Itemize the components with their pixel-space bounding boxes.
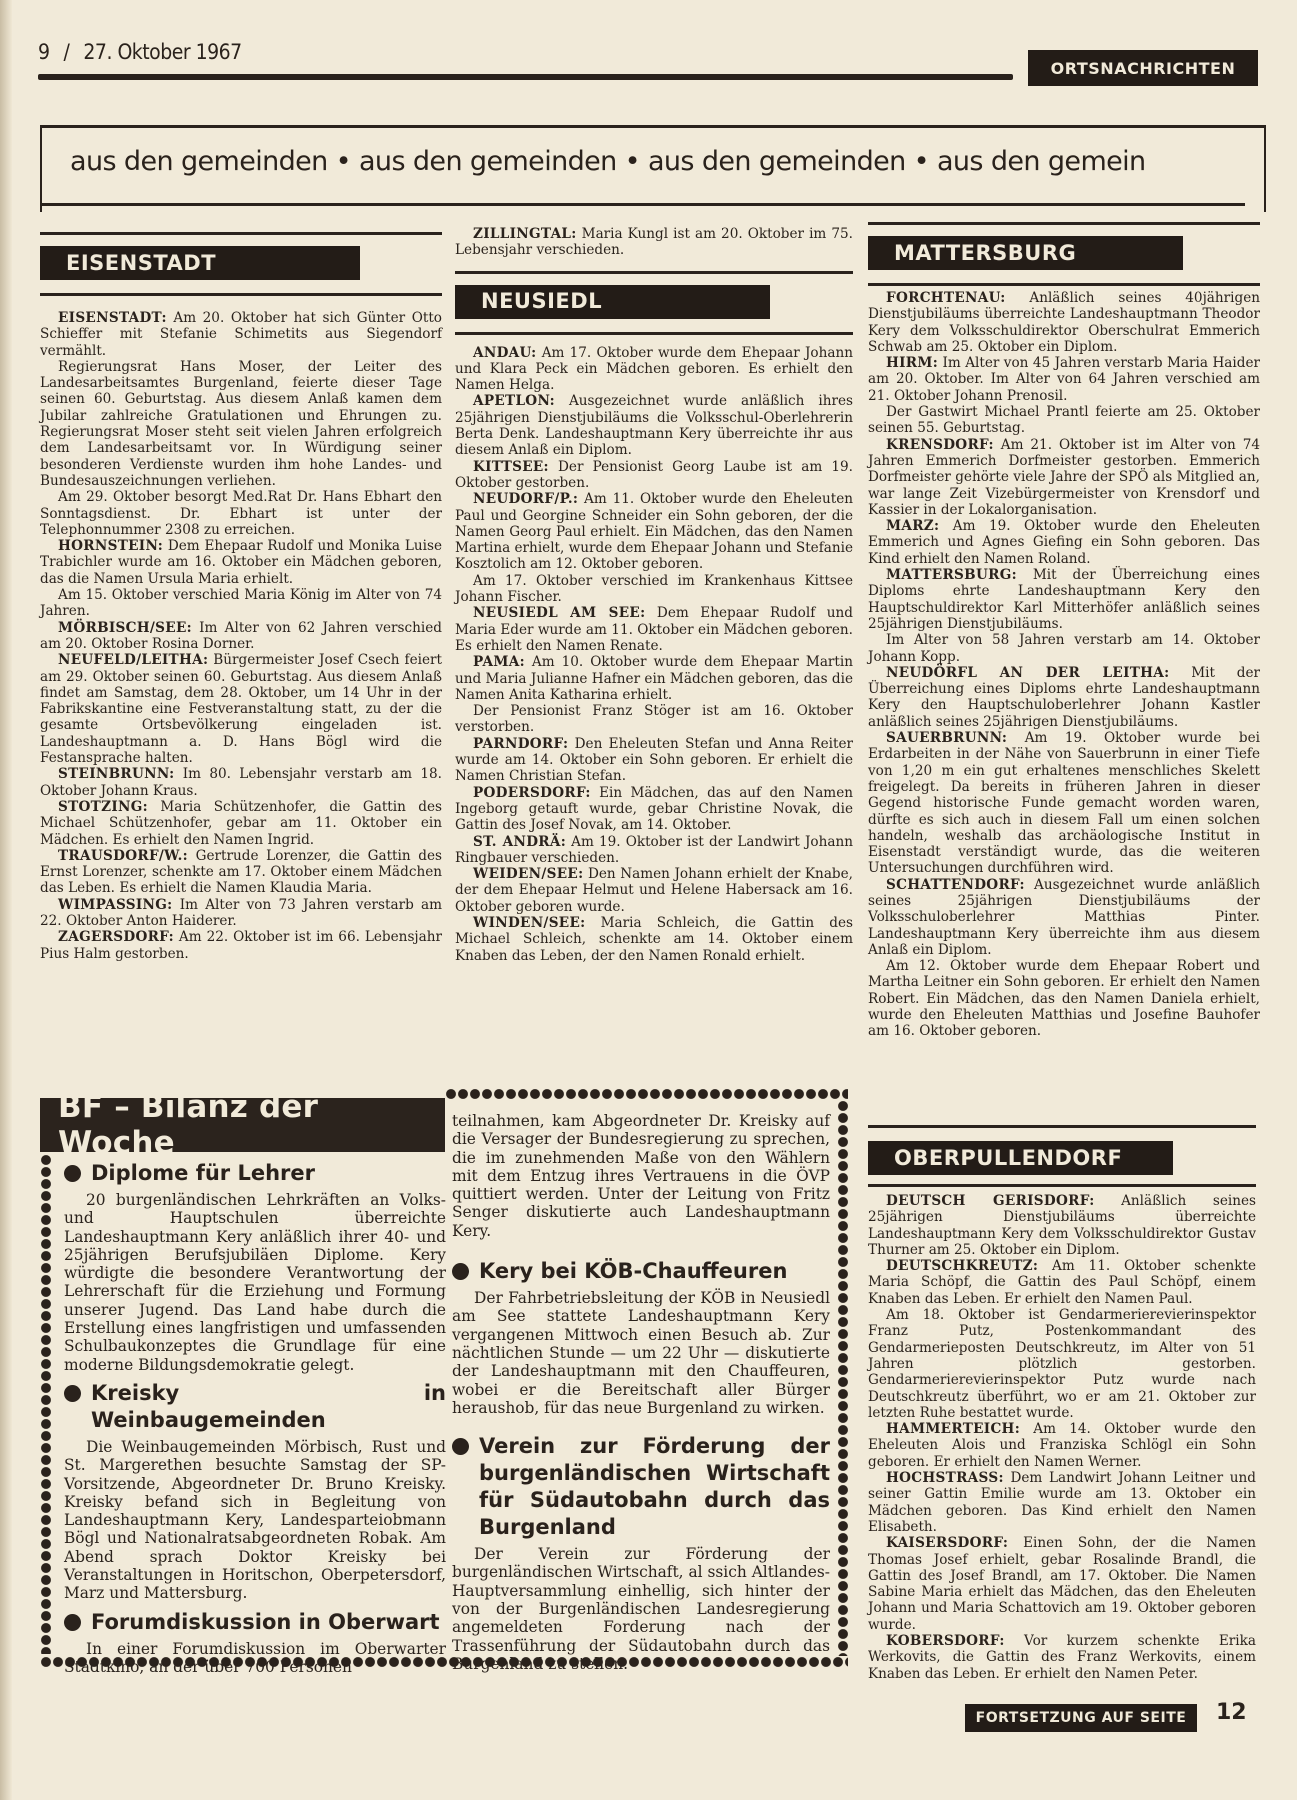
headline-text: Kery bei KÖB-Chauffeuren: [479, 1258, 787, 1285]
place-name: WIMPASSING:: [58, 897, 173, 913]
news-item: NEUDÖRFL AN DER LEITHA: Mit der Überreic…: [868, 665, 1260, 730]
bullet-icon: [64, 1614, 81, 1631]
place-name: NEUDORF/P.:: [473, 491, 578, 507]
news-item: Am 15. Oktober verschied Maria König im …: [40, 587, 442, 620]
news-item: PARNDORF: Den Eheleuten Stefan und Anna …: [455, 736, 853, 785]
place-name: MATTERSBURG:: [886, 567, 1017, 583]
column-neusiedl: ZILLINGTAL: Maria Kungl ist am 20. Oktob…: [455, 226, 853, 964]
article-body: In einer Forumdiskussion im Oberwarter S…: [64, 1640, 446, 1677]
place-name: APETLON:: [473, 393, 555, 409]
news-item: Am 29. Oktober besorgt Med.Rat Dr. Hans …: [40, 489, 442, 538]
news-item: ANDAU: Am 17. Oktober wurde dem Ehepaar …: [455, 345, 853, 394]
news-item: Am 17. Oktober verschied im Krankenhaus …: [455, 573, 853, 606]
banner-text: aus den gemeinden • aus den gemeinden • …: [70, 146, 1146, 177]
rule: [40, 293, 442, 296]
article-body: 20 burgenländischen Lehrkräften an Volks…: [64, 1191, 446, 1374]
news-item: SAUERBRUNN: Am 19. Oktober wurde bei Erd…: [868, 730, 1260, 877]
article-headline: Kreisky in Weinbaugemeinden: [64, 1380, 446, 1434]
bullet-icon: [452, 1263, 469, 1280]
place-name: SCHATTENDORF:: [886, 877, 1025, 893]
news-item: PODERSDORF: Ein Mädchen, das auf den Nam…: [455, 785, 853, 834]
dotted-border-left: [40, 1154, 52, 1654]
rule: [868, 222, 1260, 225]
gemeinden-banner: aus den gemeinden • aus den gemeinden • …: [40, 125, 1266, 212]
article-body: Der Fahrbetriebsleitung der KÖB in Neusi…: [452, 1289, 830, 1417]
news-item: APETLON: Ausgezeichnet wurde anläßlich i…: [455, 393, 853, 458]
news-item: ZAGERSDORF: Am 22. Oktober ist im 66. Le…: [40, 929, 442, 962]
news-item: Am 12. Oktober wurde dem Ehepaar Robert …: [868, 958, 1260, 1039]
news-item: MATTERSBURG: Mit der Überreichung eines …: [868, 567, 1260, 632]
place-name: KOBERSDORF:: [886, 1633, 1005, 1649]
news-item: HOCHSTRASS: Dem Landwirt Johann Leitner …: [868, 1470, 1256, 1535]
section-badge: ORTSNACHRICHTEN: [1028, 50, 1258, 86]
news-item: KAISERSDORF: Einen Sohn, der die Namen T…: [868, 1535, 1256, 1633]
news-item: NEUFELD/LEITHA: Bürgermeister Josef Csec…: [40, 652, 442, 766]
place-name: FORCHTENAU:: [886, 290, 1006, 306]
headline-text: Kreisky in Weinbaugemeinden: [91, 1380, 446, 1434]
rule: [868, 283, 1260, 286]
section-header-neusiedl: NEUSIEDL: [455, 271, 853, 335]
bullet-icon: [452, 1438, 469, 1455]
news-item: HORNSTEIN: Dem Ehepaar Rudolf und Monika…: [40, 538, 442, 587]
section-header-mattersburg: MATTERSBURG: [868, 222, 1260, 286]
news-item: Am 18. Oktober ist Gendarmerierevierinsp…: [868, 1307, 1256, 1421]
item-text: Am 19. Oktober wurde bei Erdarbeiten in …: [868, 730, 1260, 876]
rule: [868, 1184, 1256, 1187]
headline-text: Diplome für Lehrer: [91, 1160, 315, 1187]
banner-bottom-rule: [40, 203, 1245, 206]
headline-text: Forumdiskussion in Oberwart: [91, 1609, 440, 1636]
news-item-zillingtal: ZILLINGTAL: Maria Kungl ist am 20. Oktob…: [455, 226, 853, 259]
item-text: Bürgermeister Josef Csech feiert am 29. …: [40, 652, 442, 766]
news-item: DEUTSCH GERISDORF: Anläßlich seines 25jä…: [868, 1193, 1256, 1258]
item-text: Im Alter von 58 Jahren verstarb am 14. O…: [868, 632, 1260, 664]
bilanz-column-right: teilnahmen, kam Abgeordneter Dr. Kreisky…: [452, 1112, 830, 1673]
news-item: FORCHTENAU: Anläßlich seines 40jährigen …: [868, 290, 1260, 355]
news-item: MARZ: Am 19. Oktober wurde den Eheleuten…: [868, 518, 1260, 567]
page-spine-shadow: [0, 0, 12, 1800]
news-item: HIRM: Im Alter von 45 Jahren verstarb Ma…: [868, 355, 1260, 404]
dotted-border-right: [837, 1100, 849, 1656]
section-header-eisenstadt: EISENSTADT: [40, 232, 442, 296]
place-name: ANDAU:: [473, 345, 537, 361]
dotted-border-top: [445, 1088, 848, 1100]
news-item: Im Alter von 58 Jahren verstarb am 14. O…: [868, 632, 1260, 665]
place-name: WEIDEN/SEE:: [473, 866, 583, 882]
header-rule: [38, 74, 1013, 80]
article-headline: Verein zur Förderung der burgenländische…: [452, 1433, 830, 1541]
section-title: NEUSIEDL: [455, 285, 770, 319]
bilanz-title: BF – Bilanz der Woche: [40, 1098, 445, 1152]
place-name: DEUTSCH GERISDORF:: [886, 1193, 1095, 1209]
place-name: STOTZING:: [58, 799, 148, 815]
news-item: Regierungsrat Hans Moser, der Leiter des…: [40, 359, 442, 489]
news-item: KITTSEE: Der Pensionist Georg Laube ist …: [455, 459, 853, 492]
item-text: Regierungsrat Hans Moser, der Leiter des…: [40, 359, 442, 489]
headline-text: Verein zur Förderung der burgenländische…: [479, 1433, 830, 1541]
news-item: Der Pensionist Franz Stöger ist am 16. O…: [455, 703, 853, 736]
column-oberpullendorf: OBERPULLENDORF DEUTSCH GERISDORF: Anläßl…: [868, 1125, 1256, 1682]
place-name: HORNSTEIN:: [58, 538, 163, 554]
newspaper-page: 9/27. Oktober 1967 ORTSNACHRICHTEN aus d…: [0, 0, 1297, 1800]
item-text: Am 15. Oktober verschied Maria König im …: [40, 587, 442, 619]
page-number: 9: [38, 40, 50, 64]
article-body-continued: teilnahmen, kam Abgeordneter Dr. Kreisky…: [452, 1112, 830, 1240]
news-item: STEINBRUNN: Im 80. Lebensjahr verstarb a…: [40, 766, 442, 799]
place-name: ZILLINGTAL:: [473, 226, 577, 242]
place-name: ZAGERSDORF:: [58, 929, 174, 945]
column-eisenstadt: EISENSTADT EISENSTADT: Am 20. Oktober ha…: [40, 232, 442, 962]
item-text: Der Gastwirt Michael Prantl feierte am 2…: [868, 404, 1260, 436]
place-name: HOCHSTRASS:: [886, 1470, 1004, 1486]
item-text: Am 12. Oktober wurde dem Ehepaar Robert …: [868, 958, 1260, 1039]
item-text: Am 17. Oktober verschied im Krankenhaus …: [455, 573, 853, 605]
section-title: EISENSTADT: [40, 246, 360, 280]
place-name: KITTSEE:: [473, 459, 549, 475]
news-item: ST. ANDRÄ: Am 19. Oktober ist der Landwi…: [455, 834, 853, 867]
place-name: SAUERBRUNN:: [886, 730, 1007, 746]
news-item: Der Gastwirt Michael Prantl feierte am 2…: [868, 404, 1260, 437]
rule: [868, 1125, 1256, 1128]
news-item: KOBERSDORF: Vor kurzem schenkte Erika We…: [868, 1633, 1256, 1682]
place-name: DEUTSCHKREUTZ:: [886, 1258, 1038, 1274]
place-name: NEUSIEDL AM SEE:: [473, 605, 645, 621]
article-body: Die Weinbaugemeinden Mörbisch, Rust und …: [64, 1438, 446, 1603]
rule: [455, 271, 853, 274]
section-title: MATTERSBURG: [868, 236, 1183, 270]
place-name: WINDEN/SEE:: [473, 915, 585, 931]
place-name: PODERSDORF:: [473, 785, 591, 801]
news-item: HAMMERTEICH: Am 14. Oktober wurde den Eh…: [868, 1421, 1256, 1470]
section-header-oberpullendorf: OBERPULLENDORF: [868, 1125, 1256, 1187]
place-name: KRENSDORF:: [886, 437, 994, 453]
place-name: NEUFELD/LEITHA:: [58, 652, 208, 668]
article-body: Der Verein zur Förderung der burgenländi…: [452, 1545, 830, 1673]
news-item: EISENSTADT: Am 20. Oktober hat sich Günt…: [40, 310, 442, 359]
rule: [455, 332, 853, 335]
place-name: KAISERSDORF:: [886, 1535, 1008, 1551]
place-name: MARZ:: [886, 518, 939, 534]
place-name: PARNDORF:: [473, 736, 568, 752]
place-name: TRAUSDORF/W.:: [58, 848, 188, 864]
item-text: Am 18. Oktober ist Gendarmerierevierinsp…: [868, 1307, 1256, 1421]
place-name: MÖRBISCH/SEE:: [58, 620, 192, 636]
issue-date: 27. Oktober 1967: [83, 40, 241, 64]
news-item: NEUDORF/P.: Am 11. Oktober wurde den Ehe…: [455, 491, 853, 572]
continuation-label: FORTSETZUNG AUF SEITE: [965, 1704, 1197, 1732]
news-item: WINDEN/SEE: Maria Schleich, die Gattin d…: [455, 915, 853, 964]
bilanz-box: BF – Bilanz der Woche Diplome für Lehrer…: [40, 1088, 848, 1670]
news-item: WIMPASSING: Im Alter von 73 Jahren verst…: [40, 897, 442, 930]
news-item: STOTZING: Maria Schützenhofer, die Gatti…: [40, 799, 442, 848]
place-name: EISENSTADT:: [58, 310, 167, 326]
news-item: SCHATTENDORF: Ausgezeichnet wurde anläßl…: [868, 877, 1260, 958]
section-title: OBERPULLENDORF: [868, 1141, 1173, 1175]
news-item: DEUTSCHKREUTZ: Am 11. Oktober schenkte M…: [868, 1258, 1256, 1307]
place-name: HAMMERTEICH:: [886, 1421, 1020, 1437]
news-item: MÖRBISCH/SEE: Im Alter von 62 Jahren ver…: [40, 620, 442, 653]
place-name: NEUDÖRFL AN DER LEITHA:: [886, 665, 1169, 681]
header-separator: /: [64, 40, 70, 64]
news-item: TRAUSDORF/W.: Gertrude Lorenzer, die Gat…: [40, 848, 442, 897]
article-headline: Forumdiskussion in Oberwart: [64, 1609, 446, 1636]
bullet-icon: [64, 1385, 81, 1402]
continuation-page-number: 12: [1216, 1700, 1247, 1725]
news-item: KRENSDORF: Am 21. Oktober ist im Alter v…: [868, 437, 1260, 518]
item-text: Der Pensionist Franz Stöger ist am 16. O…: [455, 703, 853, 735]
news-item: NEUSIEDL AM SEE: Dem Ehepaar Rudolf und …: [455, 605, 853, 654]
article-headline: Diplome für Lehrer: [64, 1160, 446, 1187]
bilanz-column-left: Diplome für Lehrer 20 burgenländischen L…: [64, 1154, 446, 1676]
rule: [40, 232, 442, 235]
news-item: PAMA: Am 10. Oktober wurde dem Ehepaar M…: [455, 654, 853, 703]
article-headline: Kery bei KÖB-Chauffeuren: [452, 1258, 830, 1285]
place-name: STEINBRUNN:: [58, 766, 174, 782]
item-text: Am 29. Oktober besorgt Med.Rat Dr. Hans …: [40, 489, 442, 538]
page-header-date: 9/27. Oktober 1967: [38, 40, 242, 64]
place-name: PAMA:: [473, 654, 525, 670]
place-name: ST. ANDRÄ:: [473, 834, 566, 850]
bullet-icon: [64, 1165, 81, 1182]
column-mattersburg: MATTERSBURG FORCHTENAU: Anläßlich seines…: [868, 222, 1260, 1040]
place-name: HIRM:: [886, 355, 938, 371]
news-item: WEIDEN/SEE: Den Namen Johann erhielt der…: [455, 866, 853, 915]
